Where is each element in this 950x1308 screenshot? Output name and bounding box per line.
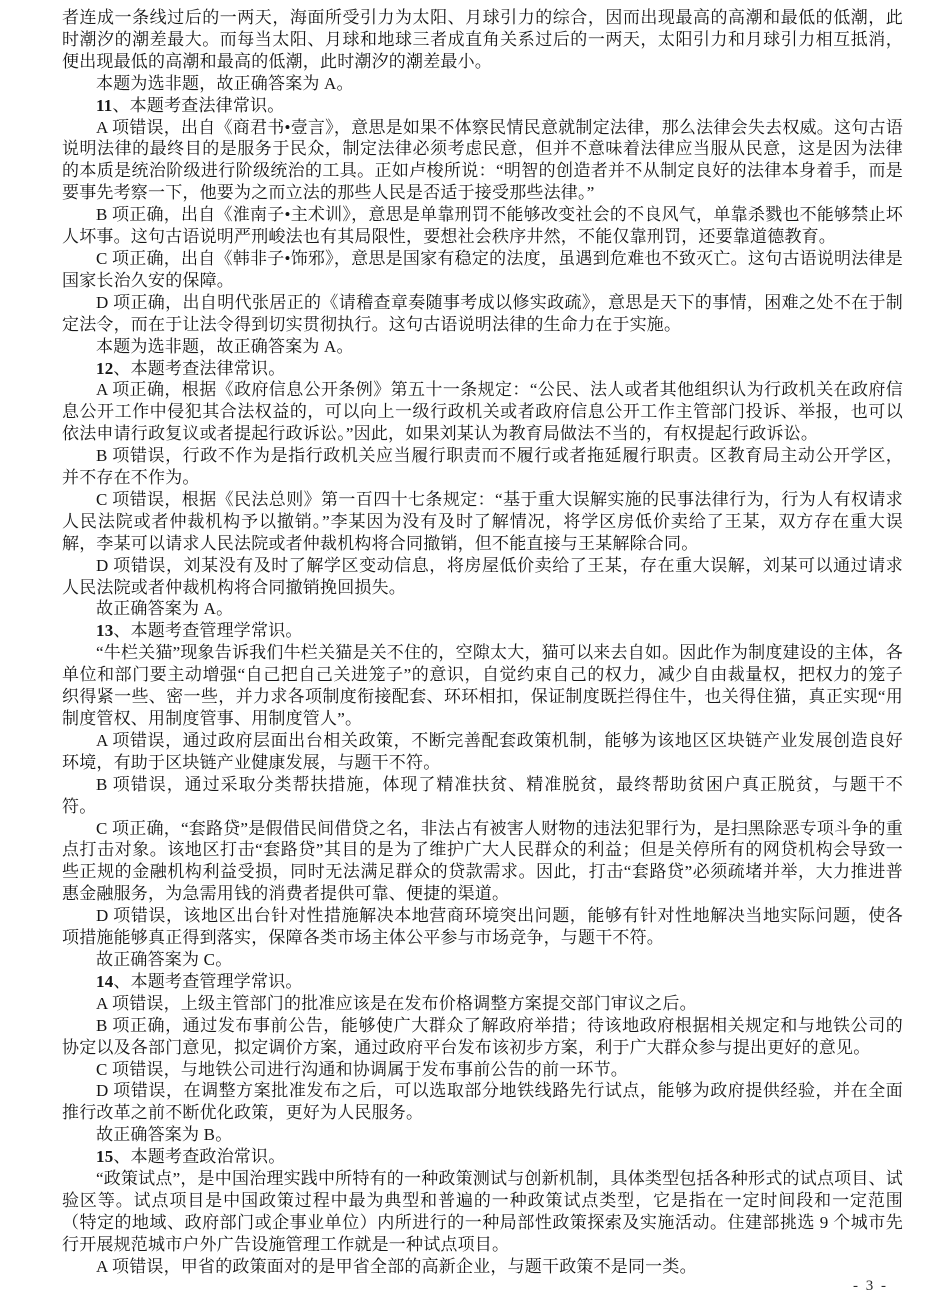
paragraph: A 项错误，甲省的政策面对的是甲省全部的高新企业，与题干政策不是同一类。 bbox=[62, 1256, 903, 1278]
paragraph: “牛栏关猫”现象告诉我们牛栏关猫是关不住的，空隙太大，猫可以来去自如。因此作为制… bbox=[62, 642, 903, 730]
paragraph: C 项错误，根据《民法总则》第一百四十七条规定：“基于重大误解实施的民事法律行为… bbox=[62, 489, 903, 555]
paragraph: B 项错误，通过采取分类帮扶措施，体现了精准扶贫、精准脱贫，最终帮助贫困户真正脱… bbox=[62, 774, 903, 818]
paragraph: 故正确答案为 A。 bbox=[62, 598, 903, 620]
question-number: 11 bbox=[96, 96, 112, 115]
paragraph: A 项错误，上级主管部门的批准应该是在发布价格调整方案提交部门审议之后。 bbox=[62, 993, 903, 1015]
paragraph: A 项错误，通过政府层面出台相关政策，不断完善配套政策机制，能够为该地区区块链产… bbox=[62, 730, 903, 774]
question-number: 13 bbox=[96, 621, 113, 640]
question-number: 12 bbox=[96, 359, 113, 378]
paragraph: 11、本题考查法律常识。 bbox=[62, 95, 903, 117]
paragraph: 本题为选非题，故正确答案为 A。 bbox=[62, 336, 903, 358]
paragraph: C 项正确，“套路贷”是假借民间借贷之名，非法占有被害人财物的违法犯罪行为，是扫… bbox=[62, 818, 903, 906]
paragraph: D 项错误，在调整方案批准发布之后，可以选取部分地铁线路先行试点，能够为政府提供… bbox=[62, 1080, 903, 1124]
paragraph: 者连成一条线过后的一两天，海面所受引力为太阳、月球引力的综合，因而出现最高的高潮… bbox=[62, 7, 903, 73]
paragraph: 本题为选非题，故正确答案为 A。 bbox=[62, 73, 903, 95]
page-number: - 3 - bbox=[853, 1278, 888, 1295]
paragraph: A 项正确，根据《政府信息公开条例》第五十一条规定：“公民、法人或者其他组织认为… bbox=[62, 379, 903, 445]
paragraph: 15、本题考查政治常识。 bbox=[62, 1146, 903, 1168]
document-content: 者连成一条线过后的一两天，海面所受引力为太阳、月球引力的综合，因而出现最高的高潮… bbox=[62, 7, 903, 1278]
question-number: 14 bbox=[96, 972, 113, 991]
paragraph: 13、本题考查管理学常识。 bbox=[62, 620, 903, 642]
paragraph: 故正确答案为 C。 bbox=[62, 949, 903, 971]
paragraph: “政策试点”，是中国治理实践中所特有的一种政策测试与创新机制，具体类型包括各种形… bbox=[62, 1168, 903, 1256]
paragraph: 故正确答案为 B。 bbox=[62, 1124, 903, 1146]
paragraph: 14、本题考查管理学常识。 bbox=[62, 971, 903, 993]
paragraph: B 项正确，通过发布事前公告，能够使广大群众了解政府举措；待该地政府根据相关规定… bbox=[62, 1015, 903, 1059]
paragraph: 12、本题考查法律常识。 bbox=[62, 358, 903, 380]
question-number: 15 bbox=[96, 1147, 113, 1166]
paragraph: D 项错误，刘某没有及时了解学区变动信息，将房屋低价卖给了王某，存在重大误解，刘… bbox=[62, 555, 903, 599]
paragraph: C 项正确，出自《韩非子•饰邪》，意思是国家有稳定的法度，虽遇到危难也不致灭亡。… bbox=[62, 248, 903, 292]
document-page: 者连成一条线过后的一两天，海面所受引力为太阳、月球引力的综合，因而出现最高的高潮… bbox=[0, 0, 950, 1308]
paragraph: D 项错误，该地区出台针对性措施解决本地营商环境突出问题，能够有针对性地解决当地… bbox=[62, 905, 903, 949]
paragraph: D 项正确，出自明代张居正的《请稽查章奏随事考成以修实政疏》，意思是天下的事情，… bbox=[62, 292, 903, 336]
paragraph: A 项错误，出自《商君书•壹言》，意思是如果不体察民情民意就制定法律，那么法律会… bbox=[62, 117, 903, 205]
paragraph: B 项正确，出自《淮南子•主术训》，意思是单靠刑罚不能够改变社会的不良风气，单靠… bbox=[62, 204, 903, 248]
paragraph: C 项错误，与地铁公司进行沟通和协调属于发布事前公告的前一环节。 bbox=[62, 1059, 903, 1081]
paragraph: B 项错误，行政不作为是指行政机关应当履行职责而不履行或者拖延履行职责。区教育局… bbox=[62, 445, 903, 489]
